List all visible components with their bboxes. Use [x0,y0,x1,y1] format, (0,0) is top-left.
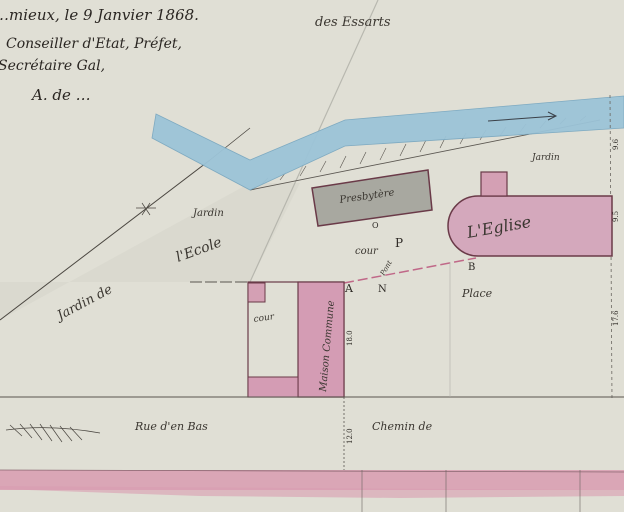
measure-right-low: 17.6 [612,310,620,326]
eglise-tower [481,172,507,196]
small-outbuilding [248,283,265,302]
measure-right-mid: 9.5 [612,211,620,222]
header-line-2: Conseiller d'Etat, Préfet, [6,36,182,52]
measure-center-upper: 18.0 [346,330,354,346]
point-A: A [344,282,354,295]
point-B: B [468,262,475,273]
label-des-essarts: des Essarts [315,15,391,30]
header-line-4: A. de … [30,86,91,104]
cadastral-plan: …mieux, le 9 Janvier 1868. Conseiller d'… [0,0,624,512]
measure-right-top: 9.6 [612,138,620,150]
header-line-1: …mieux, le 9 Janvier 1868. [0,6,199,24]
measure-center-lower: 12.0 [346,428,354,444]
label-jardin-left: Jardin [191,208,224,219]
label-jardin-top-right: Jardin [530,153,560,163]
lower-wing [248,377,298,397]
label-cour-center: cour [355,246,379,257]
header-line-3: Secrétaire Gal, [0,58,105,74]
label-place: Place [461,287,493,300]
label-rue-en-bas: Rue d'en Bas [134,420,208,433]
point-N: N [378,284,387,295]
point-P: P [395,236,403,250]
point-O: O [372,221,379,230]
road-band-main [0,470,624,490]
label-chemin-de: Chemin de [372,420,433,433]
